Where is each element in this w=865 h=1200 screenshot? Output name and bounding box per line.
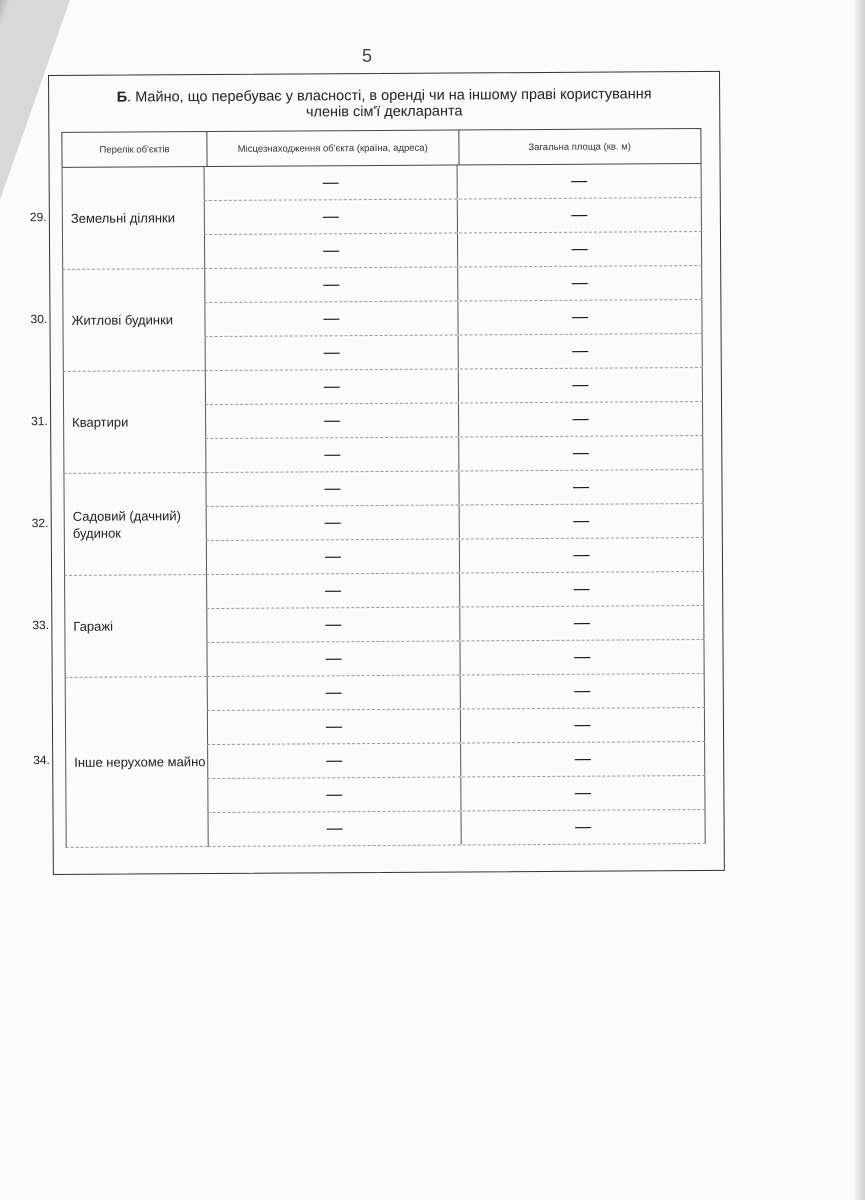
- declaration-section-frame: Б. Майно, що перебуває у власності, в ор…: [48, 71, 725, 875]
- section-label: Інше нерухоме майно: [65, 677, 208, 848]
- area-cell: —: [459, 606, 704, 640]
- area-cell: —: [457, 198, 702, 232]
- area-cell: —: [458, 402, 703, 436]
- area-cell: —: [458, 368, 703, 402]
- section-label: Гаражі: [64, 575, 207, 678]
- location-cell: —: [205, 336, 458, 371]
- table-row: ——: [206, 504, 704, 541]
- area-cell: —: [459, 504, 704, 538]
- table-section: 33.Гаражі——————: [64, 572, 705, 678]
- area-cell: —: [460, 708, 705, 742]
- location-cell: —: [206, 505, 459, 540]
- table-row: ——: [207, 674, 705, 711]
- section-label: Квартири: [63, 371, 206, 474]
- section-number: 31.: [31, 414, 48, 428]
- location-cell: —: [205, 404, 458, 439]
- location-cell: —: [206, 607, 459, 642]
- table-row: ——: [205, 436, 703, 473]
- page-number: 5: [362, 46, 372, 67]
- table-row: ——: [208, 810, 706, 847]
- section-title-line1: . Майно, що перебуває у власності, в оре…: [127, 86, 652, 105]
- table-row: ——: [206, 538, 704, 575]
- area-cell: —: [457, 232, 702, 266]
- table-row: ——: [204, 300, 702, 337]
- location-cell: —: [205, 438, 458, 473]
- page-edge-shadow: [853, 0, 865, 1200]
- section-number: 30.: [30, 312, 47, 326]
- location-cell: —: [204, 268, 457, 303]
- table-header: Перелік об'єктів Місцезнаходження об'єкт…: [61, 128, 701, 168]
- table-section: 32.Садовий (дачний) будинок——————: [63, 470, 704, 576]
- section-label: Житлові будинки: [62, 269, 205, 372]
- location-cell: —: [207, 709, 460, 744]
- location-cell: —: [207, 777, 460, 812]
- location-cell: —: [205, 370, 458, 405]
- table-row: ——: [205, 334, 703, 371]
- table-row: ——: [206, 640, 704, 677]
- area-cell: —: [457, 300, 702, 334]
- table-row: ——: [204, 266, 702, 303]
- area-cell: —: [459, 640, 704, 674]
- location-cell: —: [205, 472, 458, 507]
- table-row: ——: [205, 402, 703, 439]
- section-number: 33.: [32, 618, 49, 632]
- table-row: ——: [205, 368, 703, 405]
- location-cell: —: [207, 675, 460, 710]
- header-location: Місцезнаходження об'єкта (країна, адреса…: [206, 130, 458, 166]
- table-row: ——: [204, 198, 702, 235]
- table-row: ——: [204, 164, 702, 201]
- header-total-area: Загальна площа (кв. м): [458, 129, 702, 164]
- area-cell: —: [459, 538, 704, 572]
- section-letter: Б: [117, 90, 128, 106]
- table-body: 29.Земельні ділянки——————30.Житлові буди…: [62, 164, 706, 848]
- table-row: ——: [206, 572, 704, 609]
- section-label: Садовий (дачний) будинок: [63, 473, 206, 576]
- table-section: 31.Квартири——————: [63, 368, 704, 474]
- area-cell: —: [458, 470, 703, 504]
- table-row: ——: [207, 776, 705, 813]
- section-label: Земельні ділянки: [62, 167, 205, 270]
- area-cell: —: [458, 334, 703, 368]
- table-row: ——: [207, 742, 705, 779]
- location-cell: —: [207, 743, 460, 778]
- location-cell: —: [204, 200, 457, 235]
- table-row: ——: [207, 708, 705, 745]
- location-cell: —: [208, 811, 461, 846]
- area-cell: —: [457, 164, 702, 198]
- table-row: ——: [204, 232, 702, 269]
- area-cell: —: [458, 436, 703, 470]
- area-cell: —: [460, 674, 705, 708]
- area-cell: —: [461, 810, 706, 844]
- property-table: Перелік об'єктів Місцезнаходження об'єкт…: [61, 128, 705, 848]
- area-cell: —: [459, 572, 704, 606]
- section-number: 34.: [33, 753, 50, 767]
- area-cell: —: [460, 742, 705, 776]
- table-row: ——: [205, 470, 703, 507]
- location-cell: —: [206, 641, 459, 676]
- section-title-line2: членів сім'ї декларанта: [306, 103, 463, 120]
- location-cell: —: [204, 302, 457, 337]
- table-section: 29.Земельні ділянки——————: [62, 164, 703, 270]
- header-object-list: Перелік об'єктів: [61, 132, 206, 167]
- section-number: 32.: [32, 516, 49, 530]
- location-cell: —: [204, 166, 457, 201]
- location-cell: —: [204, 234, 457, 269]
- area-cell: —: [460, 776, 705, 810]
- location-cell: —: [206, 539, 459, 574]
- table-row: ——: [206, 606, 704, 643]
- table-section: 34.Інше нерухоме майно——————————: [65, 674, 706, 848]
- section-title: Б. Майно, що перебуває у власності, в ор…: [49, 86, 719, 122]
- location-cell: —: [206, 573, 459, 608]
- area-cell: —: [457, 266, 702, 300]
- section-number: 29.: [30, 210, 47, 224]
- table-section: 30.Житлові будинки——————: [62, 266, 703, 372]
